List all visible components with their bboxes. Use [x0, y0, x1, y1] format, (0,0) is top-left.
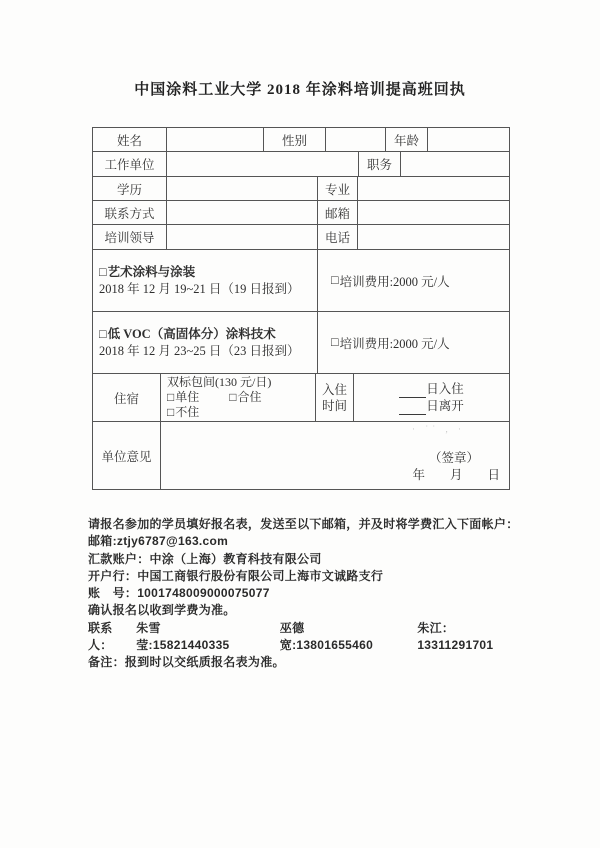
table-row-course2: □低 VOC（高固体分）涂料技术 2018 年 12 月 23~25 日（23 …	[93, 312, 509, 374]
opinion-label: 单位意见	[93, 422, 161, 489]
course2-cell: □低 VOC（高固体分）涂料技术 2018 年 12 月 23~25 日（23 …	[93, 312, 318, 373]
course2-schedule: 2018 年 12 月 23~25 日（23 日报到）	[99, 343, 317, 360]
checkin-line: 日入住	[399, 381, 464, 398]
lodging-options-line: □单住□合住	[167, 390, 315, 405]
registration-table: 姓名 性别 年龄 工作单位 职务 学历 专业 联系方式 邮箱	[92, 127, 510, 490]
checkin-time-label-line2: 时间	[322, 398, 347, 414]
date-blanks: 年 月 日	[412, 467, 500, 484]
employer-label: 工作单位	[93, 152, 167, 176]
checkout-line: 日离开	[399, 398, 464, 415]
age-value-cell	[428, 128, 509, 151]
course1-schedule: 2018 年 12 月 19~21 日（19 日报到）	[99, 281, 317, 298]
email-value-cell	[358, 201, 509, 224]
footer-line-account-number: 账 号：1001748009000075077	[88, 585, 528, 602]
course2-fee: 培训费用:2000 元/人	[340, 334, 450, 352]
checkin-time-label: 入住 时间	[316, 374, 354, 421]
contact-1: 朱雪莹:15821440335	[136, 620, 252, 655]
course2-fee-cell: □培训费用:2000 元/人	[318, 312, 509, 373]
education-value-cell	[167, 177, 318, 200]
employer-value-cell	[167, 152, 359, 176]
lodging-label: 住宿	[93, 374, 161, 421]
gender-label: 性别	[264, 128, 326, 151]
option-none: 不住	[175, 405, 199, 419]
fill-in-blank-line	[399, 402, 426, 415]
footer-line-account-name: 汇款账户：中涂（上海）教育科技有限公司	[88, 551, 528, 568]
checkbox-icon: □	[167, 390, 174, 404]
form-title: 中国涂料工业大学 2018 年涂料培训提高班回执	[0, 78, 600, 99]
email-label: 邮箱	[318, 201, 358, 224]
course2-name-line: □低 VOC（高固体分）涂料技术	[99, 326, 317, 343]
phone-label: 电话	[318, 225, 358, 249]
checkbox-icon: □	[99, 265, 107, 279]
footer-line-confirm: 确认报名以收到学费为准。	[88, 602, 528, 619]
name-value-cell	[167, 128, 264, 151]
lodging-options-cell: 双标包间(130 元/日) □单住□合住 □不住	[161, 374, 316, 421]
footer-line-intro: 请报名参加的学员填好报名表，发送至以下邮箱，并及时将学费汇入下面帐户：	[88, 516, 528, 533]
scan-pencil-marks: · ˙˙ , ·	[412, 424, 465, 434]
checkout-suffix: 日离开	[426, 398, 464, 415]
checkbox-icon: □	[167, 405, 174, 419]
gender-value-cell	[326, 128, 386, 151]
footer-line-email: 邮箱:ztjy6787@163.com	[88, 533, 528, 550]
course1-name-line: □艺术涂料与涂装	[99, 264, 317, 281]
name-label: 姓名	[93, 128, 167, 151]
major-label: 专业	[318, 177, 358, 200]
checkin-suffix: 日入住	[426, 381, 464, 398]
leader-label: 培训领导	[93, 225, 167, 249]
footer-line-bank: 开户行：中国工商银行股份有限公司上海市文诚路支行	[88, 568, 528, 585]
leader-value-cell	[167, 225, 318, 249]
footer-line-note: 备注：报到时以交纸质报名表为准。	[88, 654, 528, 671]
major-value-cell	[358, 177, 509, 200]
footer-instructions: 请报名参加的学员填好报名表，发送至以下邮箱，并及时将学费汇入下面帐户： 邮箱:z…	[88, 516, 528, 672]
checkbox-icon: □	[331, 273, 339, 288]
contact-label: 联系方式	[93, 201, 167, 224]
course1-fee-cell: □培训费用:2000 元/人	[318, 250, 509, 311]
contact-value-cell	[167, 201, 318, 224]
option-single: 单住	[175, 390, 199, 404]
checkbox-icon: □	[99, 327, 107, 341]
checkbox-icon: □	[229, 390, 236, 404]
scanned-form-page: 中国涂料工业大学 2018 年涂料培训提高班回执 姓名 性别 年龄 工作单位 职…	[0, 0, 600, 848]
position-label: 职务	[359, 152, 401, 176]
contact-3: 朱江：13311291701	[417, 620, 528, 655]
fill-in-blank-line	[399, 385, 426, 398]
table-row-course1: □艺术涂料与涂装 2018 年 12 月 19~21 日（19 日报到） □培训…	[93, 250, 509, 312]
education-label: 学历	[93, 177, 167, 200]
table-row-name: 姓名 性别 年龄	[93, 128, 509, 152]
course1-cell: □艺术涂料与涂装 2018 年 12 月 19~21 日（19 日报到）	[93, 250, 318, 311]
age-label: 年龄	[386, 128, 428, 151]
contacts-prefix: 联系人：	[88, 620, 136, 655]
table-row-contact: 联系方式 邮箱	[93, 201, 509, 225]
seal-hint: （签章）	[429, 450, 479, 467]
course2-name: 低 VOC（高固体分）涂料技术	[108, 327, 276, 341]
footer-line-contacts: 联系人： 朱雪莹:15821440335 巫德宽:13801655460 朱江：…	[88, 620, 528, 655]
contact-2: 巫德宽:13801655460	[280, 620, 396, 655]
table-row-leader: 培训领导 电话	[93, 225, 509, 250]
room-type: 双标包间(130 元/日)	[167, 375, 315, 390]
checkin-dates-cell: 日入住 日离开	[354, 374, 509, 421]
phone-value-cell	[358, 225, 509, 249]
table-row-lodging: 住宿 双标包间(130 元/日) □单住□合住 □不住 入住 时间 日入住 日离…	[93, 374, 509, 422]
course1-fee: 培训费用:2000 元/人	[340, 272, 450, 290]
table-row-education: 学历 专业	[93, 177, 509, 201]
checkin-time-label-line1: 入住	[322, 382, 347, 398]
table-row-employer: 工作单位 职务	[93, 152, 509, 177]
checkbox-icon: □	[331, 335, 339, 350]
position-value-cell	[401, 152, 509, 176]
lodging-none-line: □不住	[167, 405, 315, 420]
course1-name: 艺术涂料与涂装	[108, 265, 196, 279]
option-shared: 合住	[238, 390, 262, 404]
